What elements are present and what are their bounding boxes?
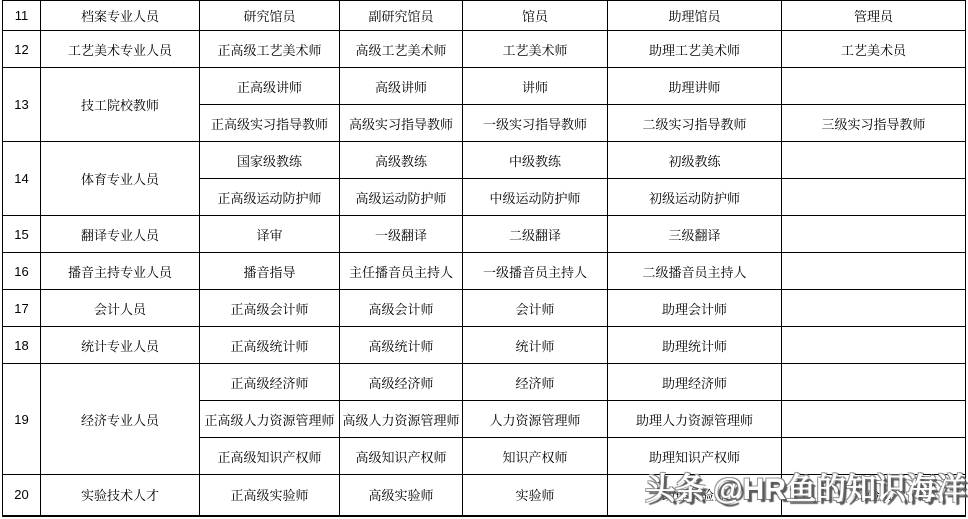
title-cell: 高级讲师: [340, 68, 463, 105]
title-cell: 三级翻译: [608, 216, 782, 253]
title-cell: 实验员: [782, 475, 966, 516]
title-cell: 高级实验师: [340, 475, 463, 516]
title-cell: 高级经济师: [340, 364, 463, 401]
title-cell: [782, 179, 966, 216]
title-cell: 正高级经济师: [200, 364, 340, 401]
title-cell: 正高级讲师: [200, 68, 340, 105]
title-cell: [782, 216, 966, 253]
title-cell: 助理实验师: [608, 475, 782, 516]
table-row: 18 统计专业人员 正高级统计师 高级统计师 统计师 助理统计师: [3, 327, 966, 364]
title-cell: 工艺美术员: [782, 31, 966, 68]
title-cell: 助理知识产权师: [608, 438, 782, 475]
title-cell: 初级教练: [608, 142, 782, 179]
titles-table: 11 档案专业人员 研究馆员 副研究馆员 馆员 助理馆员 管理员 12 工艺美术…: [2, 0, 966, 517]
row-number-cell: 18: [3, 327, 41, 364]
row-number-cell: 16: [3, 253, 41, 290]
category-cell: 会计人员: [41, 290, 200, 327]
title-cell: 工艺美术师: [463, 31, 608, 68]
title-cell: 主任播音员主持人: [340, 253, 463, 290]
title-cell: 二级播音员主持人: [608, 253, 782, 290]
title-cell: 国家级教练: [200, 142, 340, 179]
category-cell: 档案专业人员: [41, 1, 200, 31]
title-cell: 管理员: [782, 1, 966, 31]
title-cell: 二级翻译: [463, 216, 608, 253]
title-cell: 助理工艺美术师: [608, 31, 782, 68]
title-cell: 高级统计师: [340, 327, 463, 364]
title-cell: 正高级运动防护师: [200, 179, 340, 216]
title-cell: [782, 401, 966, 438]
row-number-cell: 17: [3, 290, 41, 327]
table-row: 13 技工院校教师 正高级讲师 高级讲师 讲师 助理讲师: [3, 68, 966, 105]
row-number-cell: 14: [3, 142, 41, 216]
table-row: 16 播音主持专业人员 播音指导 主任播音员主持人 一级播音员主持人 二级播音员…: [3, 253, 966, 290]
table-row: 15 翻译专业人员 译审 一级翻译 二级翻译 三级翻译: [3, 216, 966, 253]
title-cell: 馆员: [463, 1, 608, 31]
title-cell: 高级工艺美术师: [340, 31, 463, 68]
title-cell: [782, 68, 966, 105]
title-cell: 一级播音员主持人: [463, 253, 608, 290]
row-number-cell: 19: [3, 364, 41, 475]
title-cell: [782, 438, 966, 475]
title-cell: 经济师: [463, 364, 608, 401]
title-cell: 助理经济师: [608, 364, 782, 401]
title-cell: 实验师: [463, 475, 608, 516]
title-cell: [782, 290, 966, 327]
title-cell: [782, 364, 966, 401]
title-cell: 高级知识产权师: [340, 438, 463, 475]
title-cell: 助理统计师: [608, 327, 782, 364]
title-cell: 会计师: [463, 290, 608, 327]
title-cell: 高级教练: [340, 142, 463, 179]
title-cell: 知识产权师: [463, 438, 608, 475]
title-cell: 正高级人力资源管理师: [200, 401, 340, 438]
row-number-cell: 15: [3, 216, 41, 253]
table-row: 19 经济专业人员 正高级经济师 高级经济师 经济师 助理经济师: [3, 364, 966, 401]
category-cell: 实验技术人才: [41, 475, 200, 516]
row-number-cell: 12: [3, 31, 41, 68]
title-cell: 中级运动防护师: [463, 179, 608, 216]
category-cell: 播音主持专业人员: [41, 253, 200, 290]
title-cell: 二级实习指导教师: [608, 105, 782, 142]
category-cell: 翻译专业人员: [41, 216, 200, 253]
title-cell: 高级运动防护师: [340, 179, 463, 216]
table-row: 14 体育专业人员 国家级教练 高级教练 中级教练 初级教练: [3, 142, 966, 179]
title-cell: 助理馆员: [608, 1, 782, 31]
title-cell: [782, 142, 966, 179]
title-cell: 统计师: [463, 327, 608, 364]
screenshot-root: 11 档案专业人员 研究馆员 副研究馆员 馆员 助理馆员 管理员 12 工艺美术…: [0, 0, 968, 519]
category-cell: 体育专业人员: [41, 142, 200, 216]
title-cell: 正高级实习指导教师: [200, 105, 340, 142]
title-cell: 高级人力资源管理师: [340, 401, 463, 438]
category-cell: 统计专业人员: [41, 327, 200, 364]
title-cell: 播音指导: [200, 253, 340, 290]
table-row: 12 工艺美术专业人员 正高级工艺美术师 高级工艺美术师 工艺美术师 助理工艺美…: [3, 31, 966, 68]
title-cell: 助理会计师: [608, 290, 782, 327]
title-cell: 正高级实验师: [200, 475, 340, 516]
title-cell: 正高级知识产权师: [200, 438, 340, 475]
title-cell: 副研究馆员: [340, 1, 463, 31]
row-number-cell: 20: [3, 475, 41, 516]
title-cell: 人力资源管理师: [463, 401, 608, 438]
title-cell: 正高级工艺美术师: [200, 31, 340, 68]
title-cell: 研究馆员: [200, 1, 340, 31]
title-cell: 初级运动防护师: [608, 179, 782, 216]
title-cell: 一级实习指导教师: [463, 105, 608, 142]
category-cell: 工艺美术专业人员: [41, 31, 200, 68]
title-cell: 助理人力资源管理师: [608, 401, 782, 438]
title-cell: 助理讲师: [608, 68, 782, 105]
title-cell: 高级实习指导教师: [340, 105, 463, 142]
title-cell: [782, 253, 966, 290]
table-row: 11 档案专业人员 研究馆员 副研究馆员 馆员 助理馆员 管理员: [3, 1, 966, 31]
title-cell: 高级会计师: [340, 290, 463, 327]
table-row: 20 实验技术人才 正高级实验师 高级实验师 实验师 助理实验师 实验员: [3, 475, 966, 516]
table-row: 17 会计人员 正高级会计师 高级会计师 会计师 助理会计师: [3, 290, 966, 327]
title-cell: 讲师: [463, 68, 608, 105]
row-number-cell: 13: [3, 68, 41, 142]
title-cell: [782, 327, 966, 364]
category-cell: 经济专业人员: [41, 364, 200, 475]
category-cell: 技工院校教师: [41, 68, 200, 142]
title-cell: 中级教练: [463, 142, 608, 179]
title-cell: 正高级会计师: [200, 290, 340, 327]
title-cell: 一级翻译: [340, 216, 463, 253]
title-cell: 译审: [200, 216, 340, 253]
title-cell: 三级实习指导教师: [782, 105, 966, 142]
title-cell: 正高级统计师: [200, 327, 340, 364]
row-number-cell: 11: [3, 1, 41, 31]
